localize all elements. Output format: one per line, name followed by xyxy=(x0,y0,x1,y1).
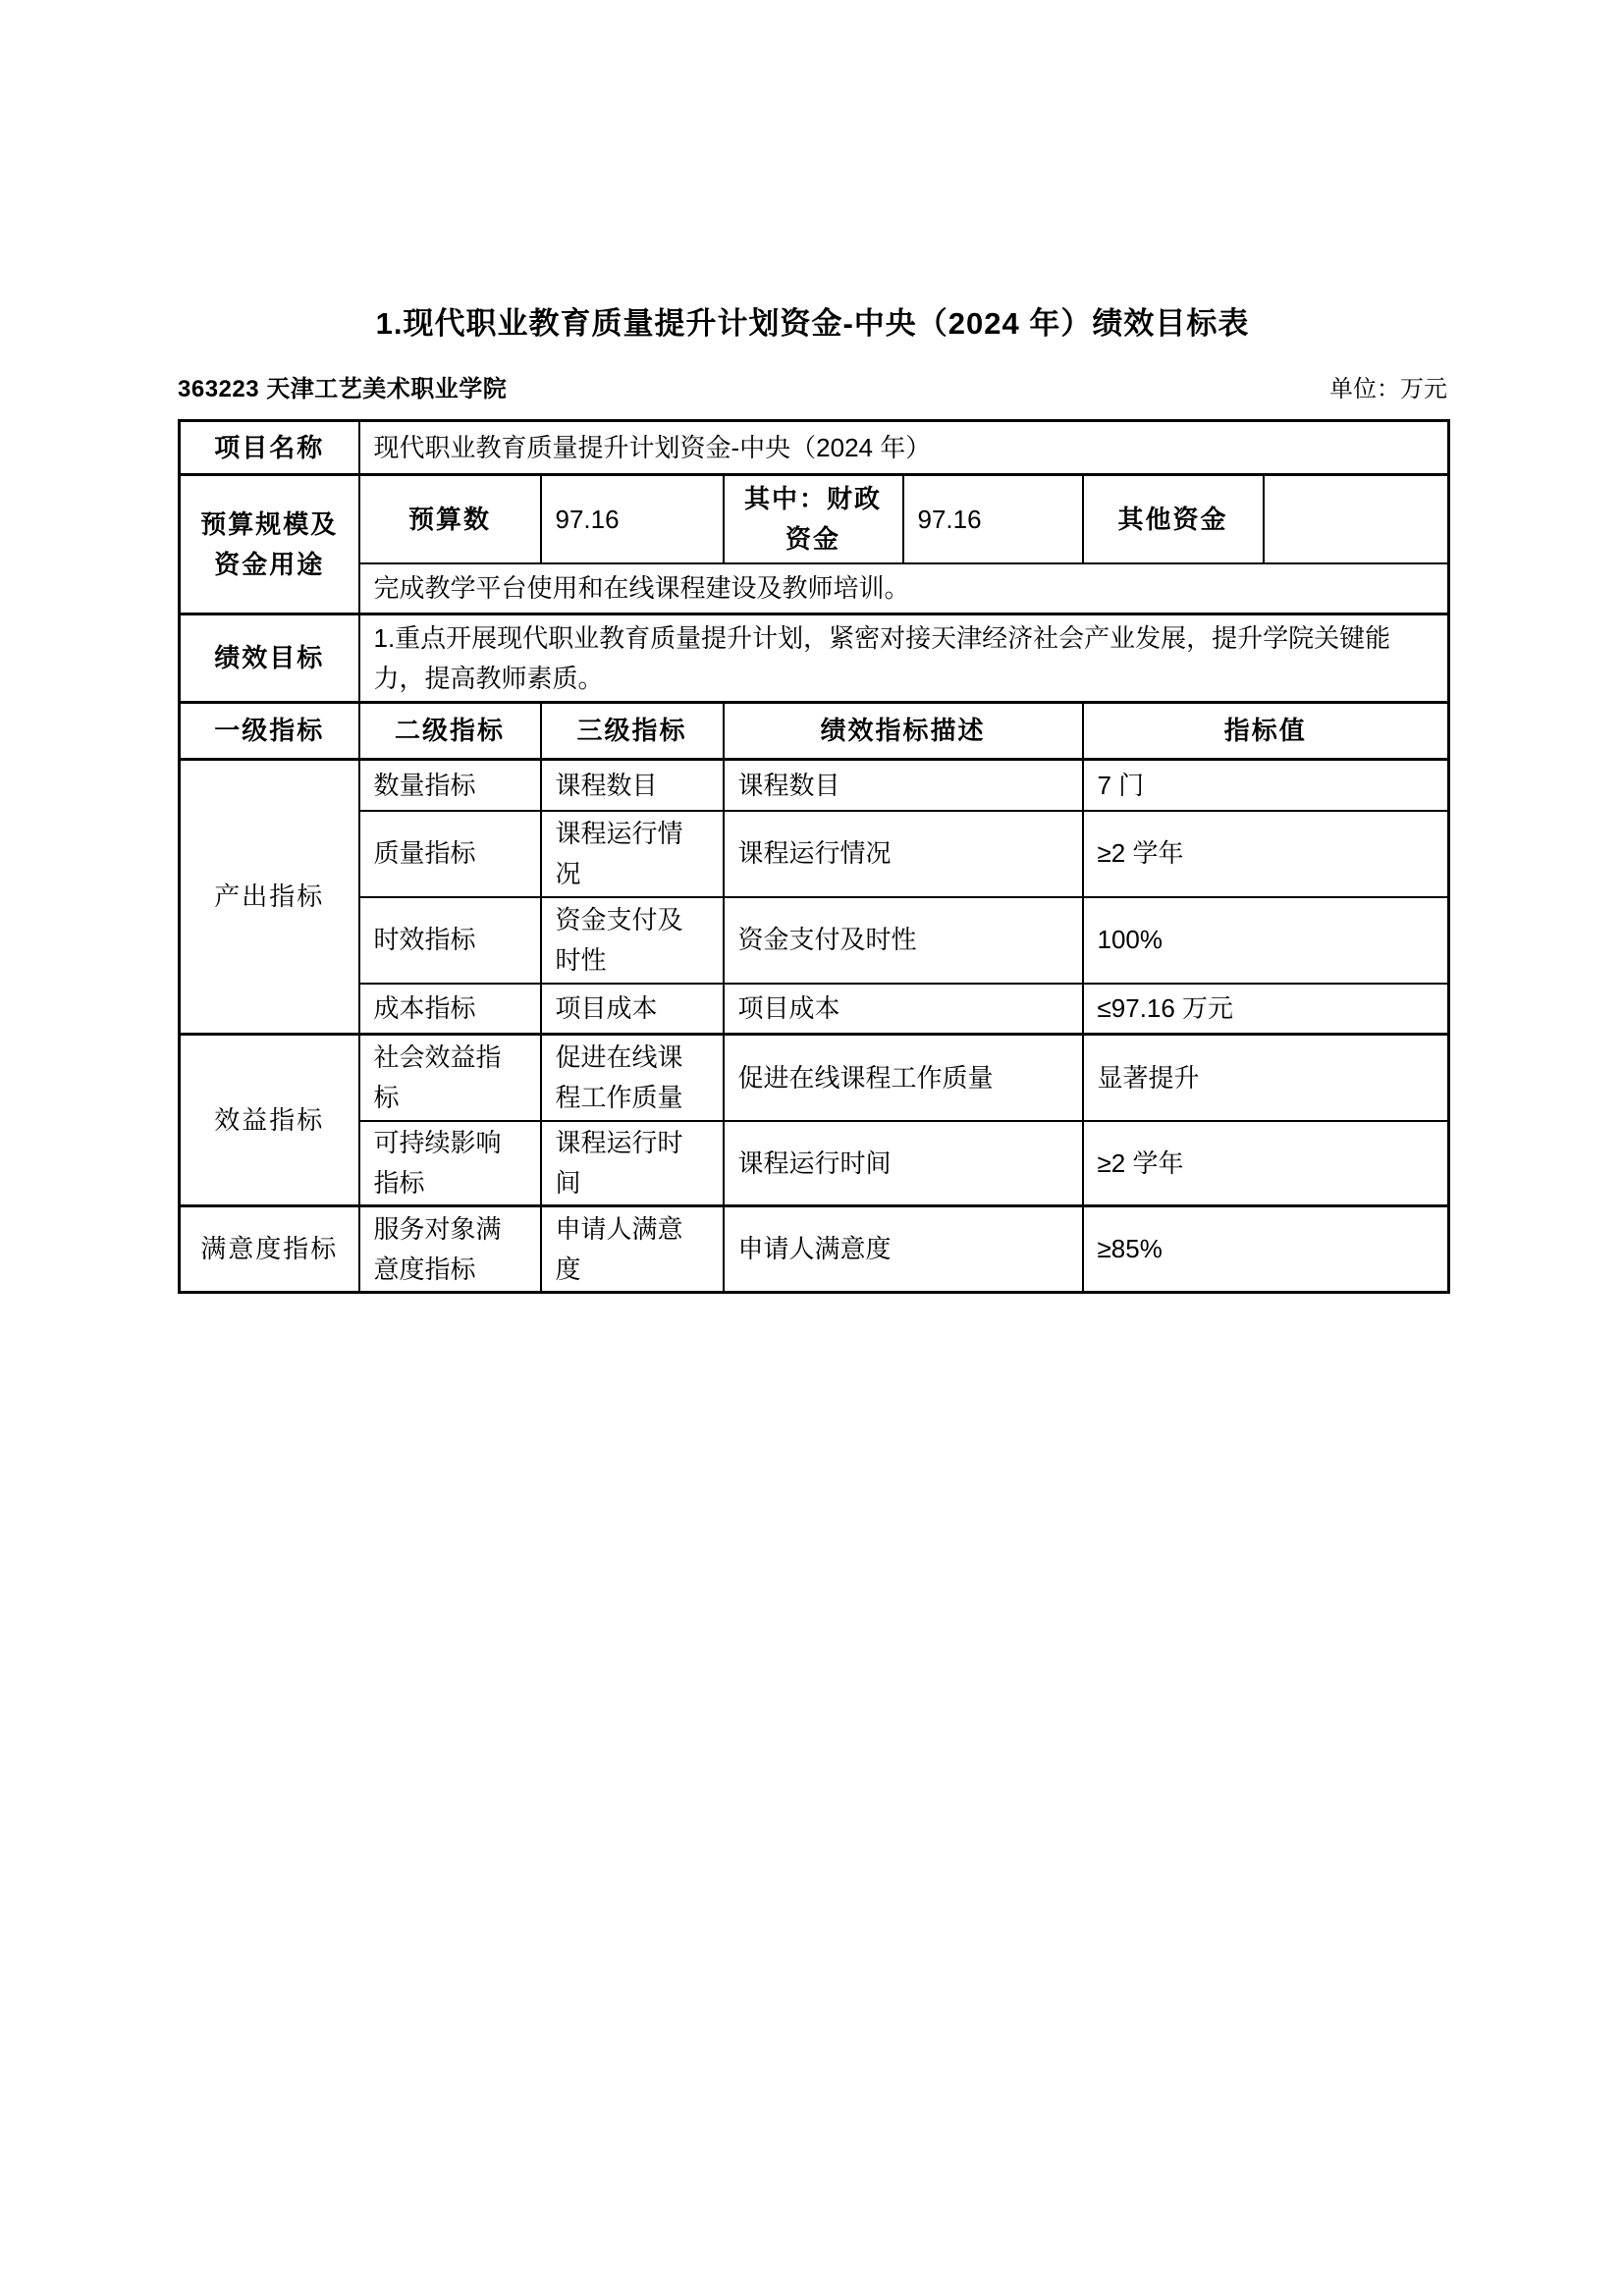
goal-row: 绩效目标 1.重点开展现代职业教育质量提升计划，紧密对接天津经济社会产业发展，提… xyxy=(180,614,1449,703)
level1-benefit-indicator: 效益指标 xyxy=(180,1035,359,1206)
indicator-level3: 课程运行情 况 xyxy=(541,811,724,897)
indicator-value: ≥2 学年 xyxy=(1083,1121,1449,1206)
level1-output-indicator: 产出指标 xyxy=(180,760,359,1035)
header-level3: 三级指标 xyxy=(541,703,724,760)
indicator-desc: 申请人满意度 xyxy=(724,1206,1083,1293)
document-page: 1.现代职业教育质量提升计划资金-中央（2024 年）绩效目标表 363223 … xyxy=(0,0,1623,2296)
indicator-level3: 申请人满意 度 xyxy=(541,1206,724,1293)
goal-text: 1.重点开展现代职业教育质量提升计划，紧密对接天津经济社会产业发展，提升学院关键… xyxy=(359,614,1449,703)
budget-number-label: 预算数 xyxy=(359,475,541,563)
meta-row: 363223 天津工艺美术职业学院 单位：万元 xyxy=(178,369,1447,403)
indicator-value: ≥85% xyxy=(1083,1206,1449,1293)
indicator-level2: 可持续影响 指标 xyxy=(359,1121,541,1206)
other-funds-label: 其他资金 xyxy=(1083,475,1264,563)
indicator-header-row: 一级指标 二级指标 三级指标 绩效指标描述 指标值 xyxy=(180,703,1449,760)
header-level2: 二级指标 xyxy=(359,703,541,760)
page-title: 1.现代职业教育质量提升计划资金-中央（2024 年）绩效目标表 xyxy=(178,304,1447,344)
indicator-value: 7 门 xyxy=(1083,760,1449,811)
budget-section-label: 预算规模及 资金用途 xyxy=(180,475,359,614)
indicator-row: 产出指标 数量指标 课程数目 课程数目 7 门 xyxy=(180,760,1449,811)
project-name-value: 现代职业教育质量提升计划资金-中央（2024 年） xyxy=(359,421,1449,475)
goal-label: 绩效目标 xyxy=(180,614,359,703)
indicator-level2: 社会效益指 标 xyxy=(359,1035,541,1121)
indicator-level3: 促进在线课 程工作质量 xyxy=(541,1035,724,1121)
indicator-level2: 成本指标 xyxy=(359,984,541,1035)
unit-label: 单位：万元 xyxy=(1329,369,1447,403)
other-funds-value xyxy=(1264,475,1449,563)
level1-satisfaction-indicator: 满意度指标 xyxy=(180,1206,359,1293)
indicator-value: ≥2 学年 xyxy=(1083,811,1449,897)
indicator-row: 效益指标 社会效益指 标 促进在线课 程工作质量 促进在线课程工作质量 显著提升 xyxy=(180,1035,1449,1121)
indicator-desc: 项目成本 xyxy=(724,984,1083,1035)
header-desc: 绩效指标描述 xyxy=(724,703,1083,760)
indicator-value: 显著提升 xyxy=(1083,1035,1449,1121)
indicator-value: ≤97.16 万元 xyxy=(1083,984,1449,1035)
indicator-desc: 课程数目 xyxy=(724,760,1083,811)
indicator-desc: 课程运行情况 xyxy=(724,811,1083,897)
performance-target-table: 项目名称 现代职业教育质量提升计划资金-中央（2024 年） 预算规模及 资金用… xyxy=(178,419,1450,1294)
indicator-row: 时效指标 资金支付及 时性 资金支付及时性 100% xyxy=(180,897,1449,984)
indicator-row: 可持续影响 指标 课程运行时 间 课程运行时间 ≥2 学年 xyxy=(180,1121,1449,1206)
indicator-row: 成本指标 项目成本 项目成本 ≤97.16 万元 xyxy=(180,984,1449,1035)
header-level1: 一级指标 xyxy=(180,703,359,760)
indicator-level3: 课程数目 xyxy=(541,760,724,811)
indicator-row: 质量指标 课程运行情 况 课程运行情况 ≥2 学年 xyxy=(180,811,1449,897)
project-name-label: 项目名称 xyxy=(180,421,359,475)
budget-number-value: 97.16 xyxy=(541,475,724,563)
indicator-level2: 服务对象满 意度指标 xyxy=(359,1206,541,1293)
indicator-level2: 时效指标 xyxy=(359,897,541,984)
project-name-row: 项目名称 现代职业教育质量提升计划资金-中央（2024 年） xyxy=(180,421,1449,475)
header-value: 指标值 xyxy=(1083,703,1449,760)
indicator-level3: 课程运行时 间 xyxy=(541,1121,724,1206)
indicator-level3: 项目成本 xyxy=(541,984,724,1035)
indicator-level2: 质量指标 xyxy=(359,811,541,897)
fiscal-funds-label: 其中：财政 资金 xyxy=(724,475,903,563)
indicator-value: 100% xyxy=(1083,897,1449,984)
indicator-desc: 促进在线课程工作质量 xyxy=(724,1035,1083,1121)
fiscal-funds-value: 97.16 xyxy=(903,475,1083,563)
funds-usage-row: 完成教学平台使用和在线课程建设及教师培训。 xyxy=(180,563,1449,614)
indicator-row: 满意度指标 服务对象满 意度指标 申请人满意 度 申请人满意度 ≥85% xyxy=(180,1206,1449,1293)
indicator-level2: 数量指标 xyxy=(359,760,541,811)
funds-usage-text: 完成教学平台使用和在线课程建设及教师培训。 xyxy=(359,563,1449,614)
indicator-desc: 资金支付及时性 xyxy=(724,897,1083,984)
budget-row: 预算规模及 资金用途 预算数 97.16 其中：财政 资金 97.16 其他资金 xyxy=(180,475,1449,563)
indicator-level3: 资金支付及 时性 xyxy=(541,897,724,984)
org-code-name: 363223 天津工艺美术职业学院 xyxy=(178,369,507,403)
indicator-desc: 课程运行时间 xyxy=(724,1121,1083,1206)
